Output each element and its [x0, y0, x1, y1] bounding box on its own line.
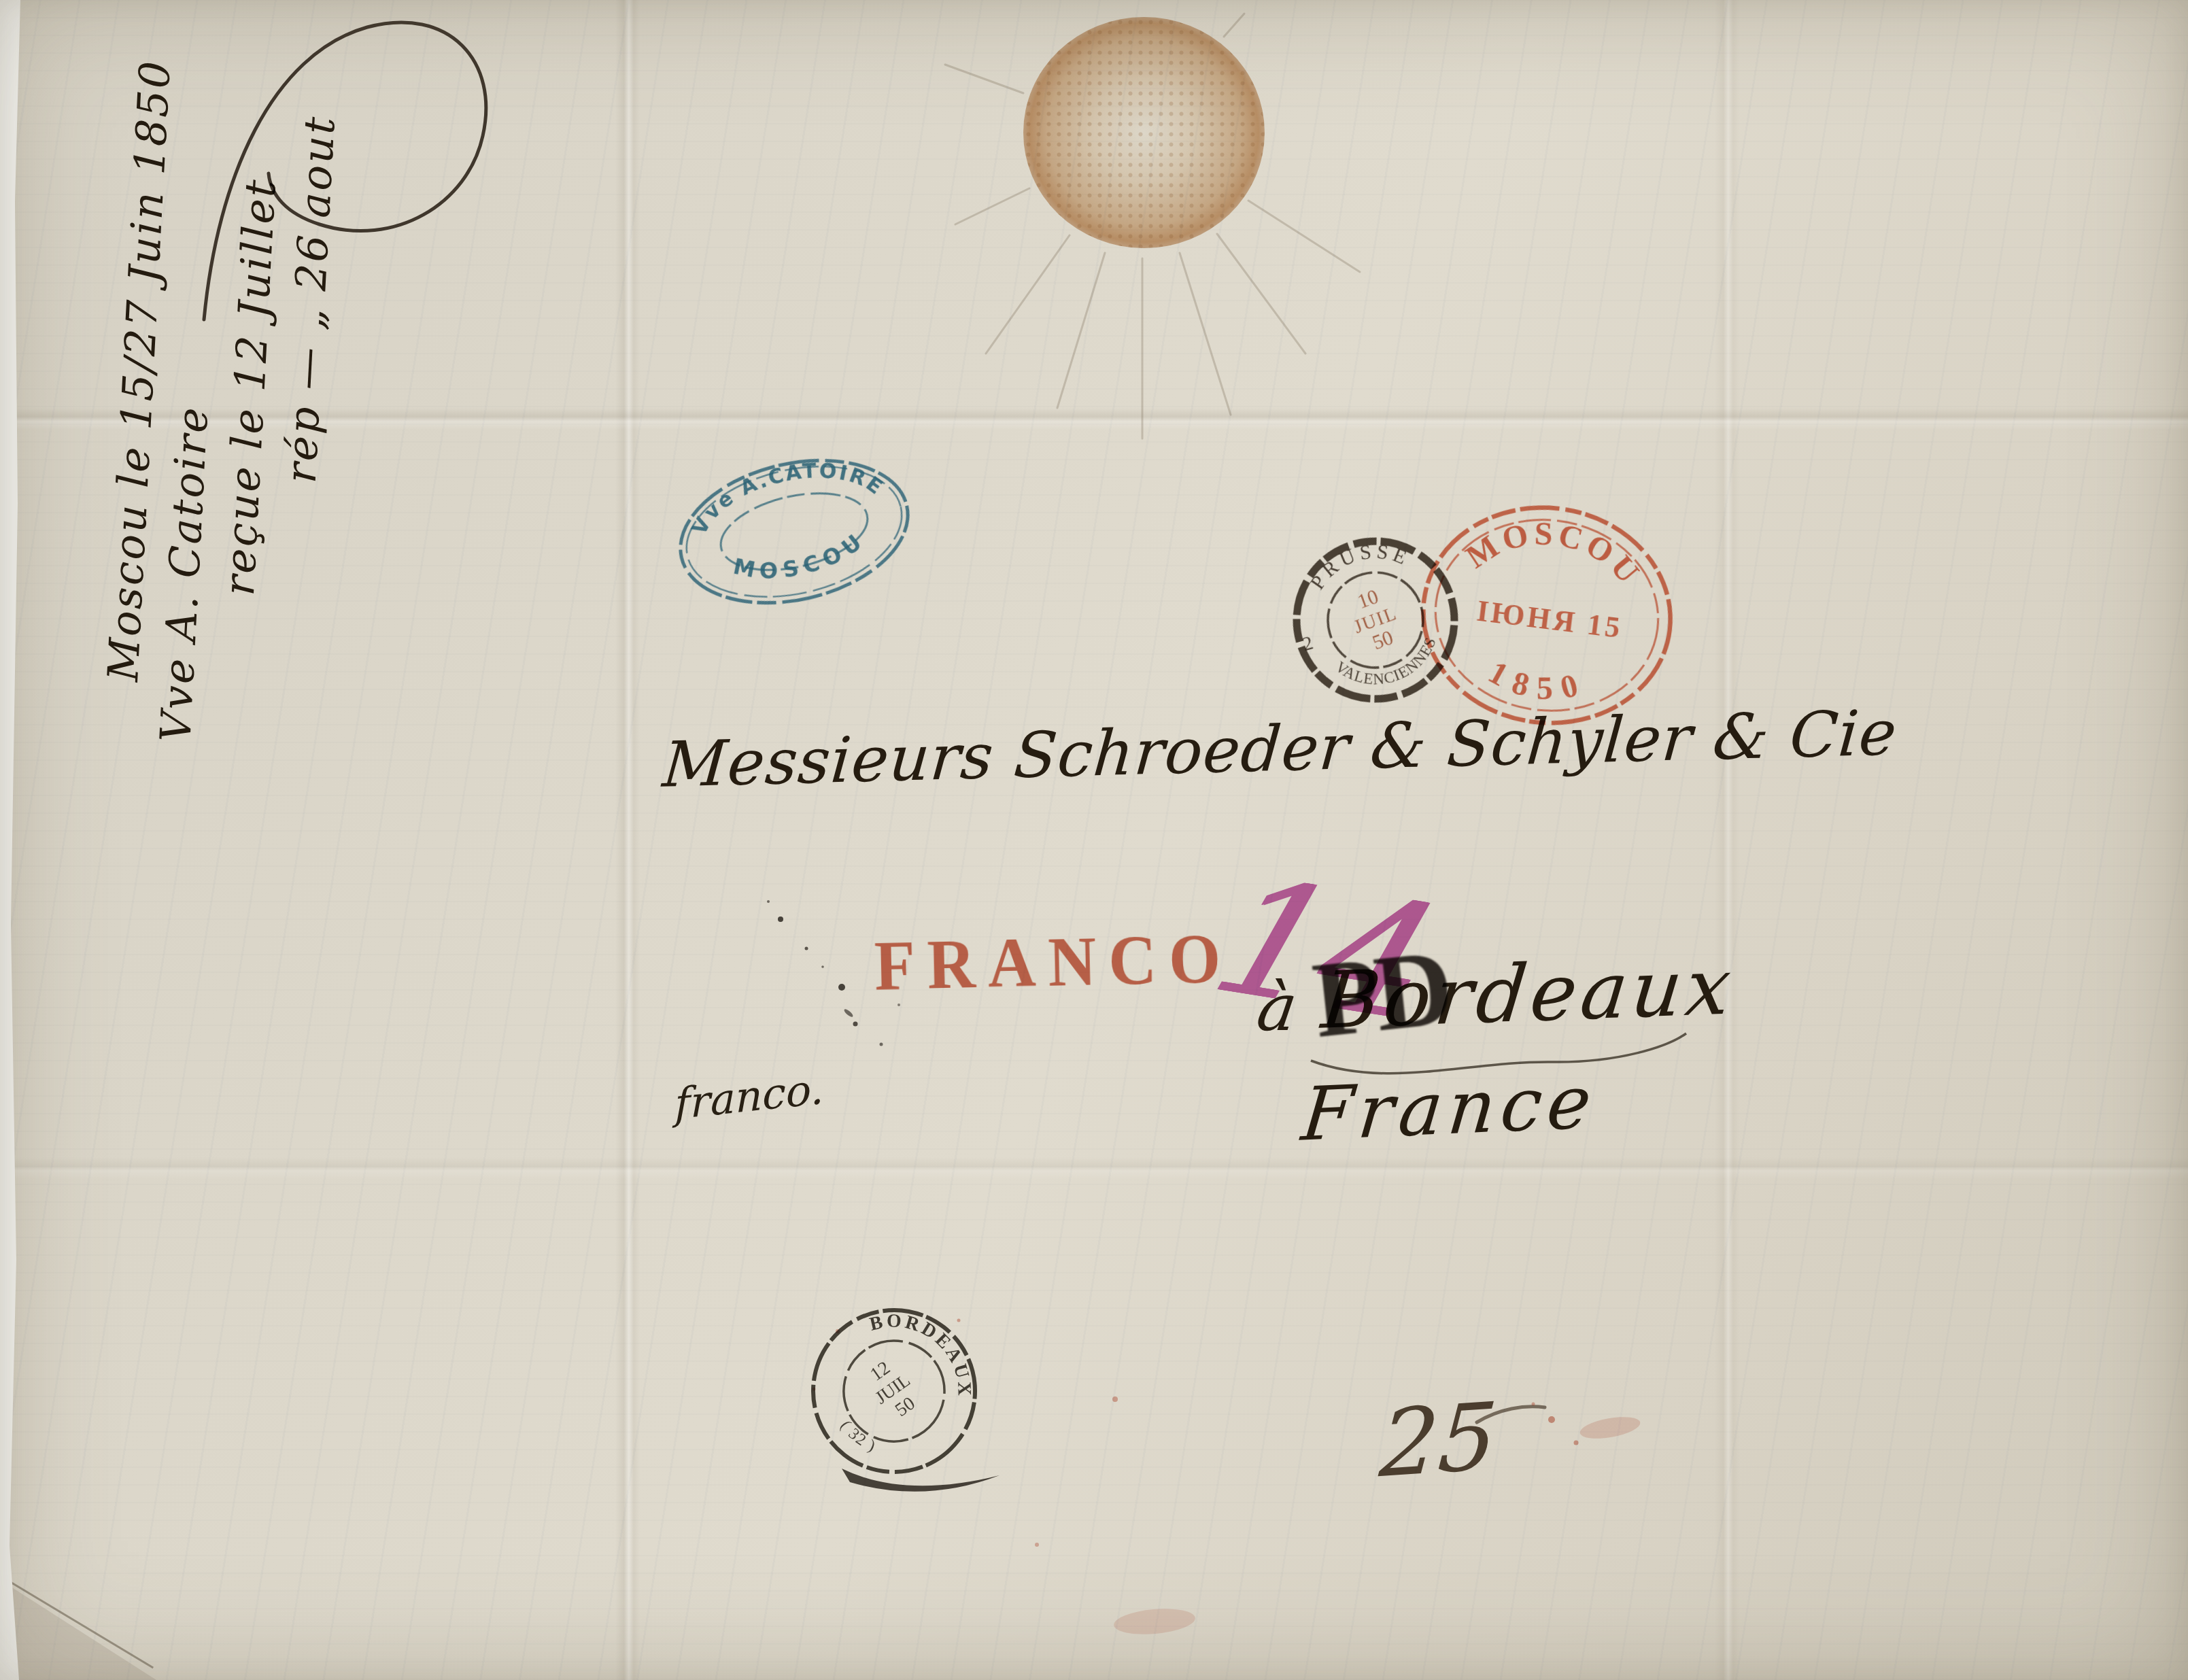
scanned-letter-cover: MOSCOU ІЮНЯ 15 1850 PRUSSE 2 VALENCIENNE… [0, 0, 2188, 1680]
edge-vignette [0, 0, 2188, 1680]
